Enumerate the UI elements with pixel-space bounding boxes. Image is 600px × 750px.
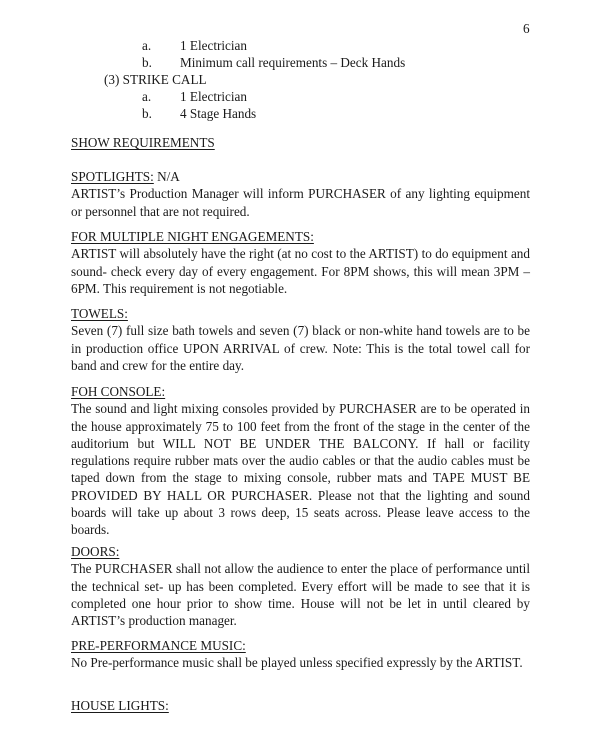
list-item: a.1 Electrician <box>142 88 247 105</box>
section-house-lights: HOUSE LIGHTS: <box>71 697 530 714</box>
show-requirements-heading: SHOW REQUIREMENTS <box>71 134 215 151</box>
strike-call-heading: (3) STRIKE CALL <box>104 71 207 88</box>
multiple-nights-body: ARTIST will absolutely have the right (a… <box>71 245 530 297</box>
section-towels: TOWELS: Seven (7) full size bath towels … <box>71 305 530 374</box>
pre-performance-music-body: No Pre-performance music shall be played… <box>71 654 530 671</box>
document-page: 6 a.1 Electrician b.Minimum call require… <box>0 0 600 750</box>
list-item-label: a. <box>142 37 180 54</box>
spotlights-value: N/A <box>154 169 180 184</box>
list-item-text: 1 Electrician <box>180 89 247 104</box>
towels-body: Seven (7) full size bath towels and seve… <box>71 322 530 374</box>
list-item: a.1 Electrician <box>142 37 247 54</box>
list-item: b.Minimum call requirements – Deck Hands <box>142 54 405 71</box>
pre-performance-music-heading: PRE-PERFORMANCE MUSIC: <box>71 637 246 654</box>
spotlights-body: ARTIST’s Production Manager will inform … <box>71 185 530 220</box>
list-item-label: b. <box>142 105 180 122</box>
section-pre-performance-music: PRE-PERFORMANCE MUSIC: No Pre-performanc… <box>71 637 530 672</box>
list-item-text: Minimum call requirements – Deck Hands <box>180 55 405 70</box>
multiple-nights-heading: FOR MULTIPLE NIGHT ENGAGEMENTS: <box>71 228 314 245</box>
section-doors: DOORS: The PURCHASER shall not allow the… <box>71 543 530 629</box>
foh-console-body: The sound and light mixing consoles prov… <box>71 400 530 538</box>
towels-heading: TOWELS: <box>71 305 128 322</box>
list-item-label: a. <box>142 88 180 105</box>
foh-console-heading: FOH CONSOLE: <box>71 383 165 400</box>
section-multiple-night-engagements: FOR MULTIPLE NIGHT ENGAGEMENTS: ARTIST w… <box>71 228 530 297</box>
doors-body: The PURCHASER shall not allow the audien… <box>71 560 530 629</box>
doors-heading: DOORS: <box>71 543 119 560</box>
list-item-text: 4 Stage Hands <box>180 106 256 121</box>
section-spotlights: SPOTLIGHTS: N/A ARTIST’s Production Mana… <box>71 168 530 220</box>
section-heading: SPOTLIGHTS: N/A <box>71 168 530 185</box>
spotlights-heading: SPOTLIGHTS: <box>71 169 154 184</box>
list-item: b.4 Stage Hands <box>142 105 256 122</box>
page-number: 6 <box>523 20 530 37</box>
list-item-label: b. <box>142 54 180 71</box>
house-lights-heading: HOUSE LIGHTS: <box>71 697 169 714</box>
section-foh-console: FOH CONSOLE: The sound and light mixing … <box>71 383 530 539</box>
list-item-text: 1 Electrician <box>180 38 247 53</box>
